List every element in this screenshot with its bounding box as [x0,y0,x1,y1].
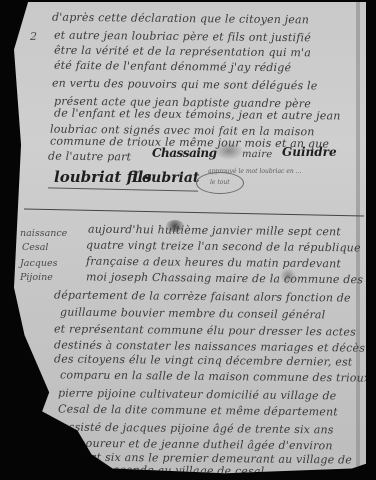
text-line: des citoyens élu le vingt cinq décembre … [54,352,353,368]
margin-note: Pijoine [20,272,53,283]
margin-note: naissance [20,228,67,239]
text-line: française a deux heures du matin pardeva… [86,255,341,271]
signature-witness-2: Loubriat [132,170,199,186]
margin-note: Jacques [20,258,58,269]
document-page: 2 d'après cette déclaration que le citoy… [14,2,366,478]
text-line: aujourd'hui huitième janvier mille sept … [88,223,341,239]
text-line: moi joseph Chassaing maire de la commune… [86,270,376,286]
text-line: comparu en la salle de la maison commune… [60,368,370,384]
page-marker: 2 [30,30,37,43]
mayor-label: maire [242,149,272,160]
text-line: ... la seconde au village de cesal [78,463,265,478]
text-line: et autre jean loubriac père et fils ont … [54,29,311,45]
text-line: pierre pijoine cultivateur domicilié au … [58,387,337,403]
text-line: de l'autre part [48,150,131,164]
text-line: été faite de l'enfant dénommé j'ay rédig… [54,59,291,74]
text-line: quatre vingt treize l'an second de la ré… [86,239,361,255]
text-line: assisté de jacques pijoine âgé de trente… [62,421,334,437]
section-separator [24,208,364,216]
text-line: et représentant commune élu pour dresser… [54,322,356,338]
text-line: Cesal de la dite commune et même départe… [58,403,338,419]
page-binding-edge [356,2,360,478]
text-line: d'après cette déclaration que le citoyen… [52,11,309,27]
signature-mayor: Guindre [282,145,337,159]
text-line: de l'enfant et les deux témoins, jean et… [54,106,341,122]
text-line: guillaume bouvier membre du conseil géné… [60,306,326,322]
margin-note: Cesal [22,242,48,253]
annotation-oval-text: le tout [210,179,230,186]
signature-underline [48,187,198,191]
paraph-flourish [214,142,244,160]
text-line: en vertu des pouvoirs qui me sont délégu… [52,77,318,93]
text-line: être la vérité et de la représentation q… [54,44,311,60]
text-line: département de la corrèze faisant alors … [54,288,351,304]
signature-clerk: Chassaing [152,146,217,160]
